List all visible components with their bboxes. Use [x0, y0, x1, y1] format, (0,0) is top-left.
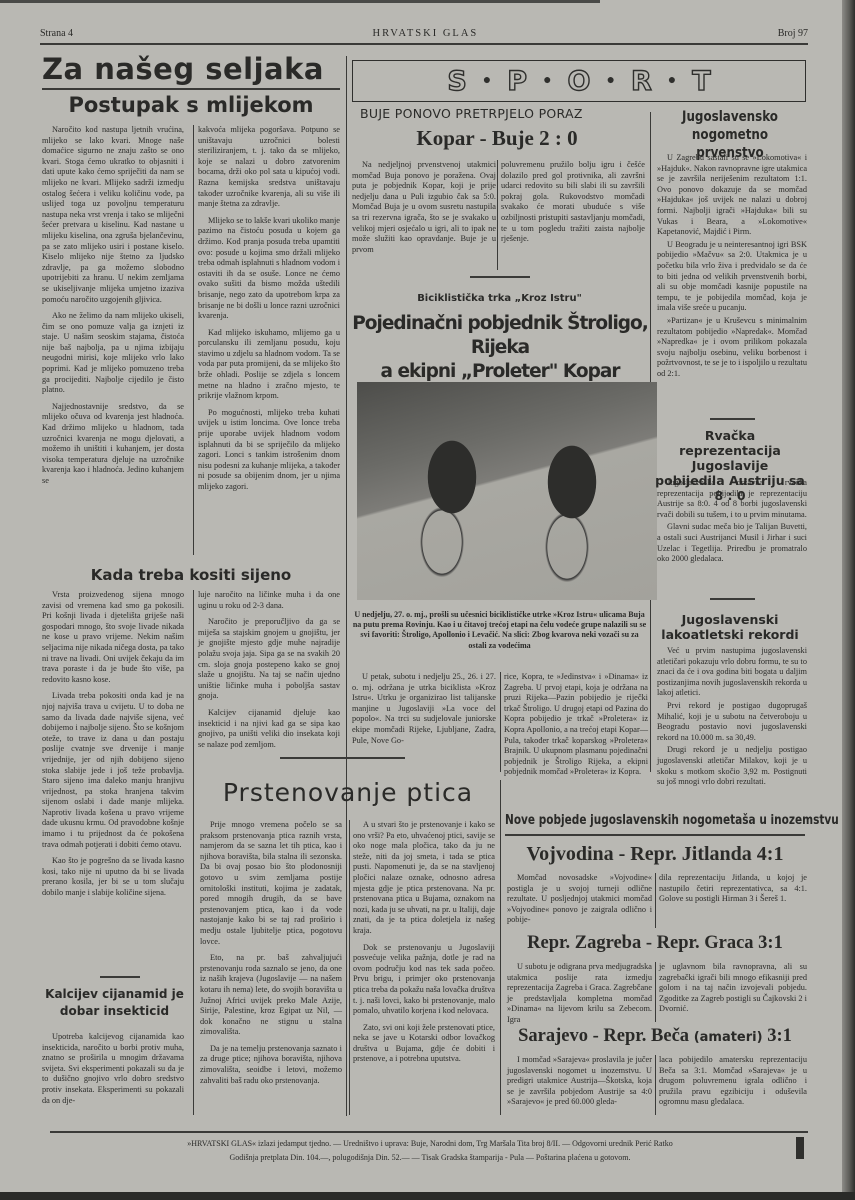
article-headline: Jugoslavenski lakoatletski rekordi: [655, 612, 805, 642]
paragraph: kakvoća mlijeka pogoršava. Potpuno se un…: [198, 125, 340, 210]
headline-line: Jugoslavensko: [666, 108, 794, 126]
bullet-icon: ●: [483, 73, 491, 89]
paragraph: Kao što je pogrešno da se livada kasno k…: [42, 856, 184, 898]
article-kicker: BUJE PONOVO PRETRPJELO PORAZ: [360, 106, 650, 121]
article-headline: Sarajevo - Repr. Beča (amateri) 3:1: [505, 1026, 805, 1047]
newspaper-title: HRVATSKI GLAS: [372, 28, 478, 39]
paragraph: rice, Kopra, te »Jedinstva« i »Dinama« i…: [504, 672, 648, 778]
paragraph: luje naročito na ličinke muha i da one u…: [198, 590, 340, 611]
paragraph: Upotreba kalcijevog cijanamida kao insek…: [42, 1032, 184, 1106]
paragraph: Najjednostavnije sredstvo, da se mlijeko…: [42, 402, 184, 487]
column-divider: [193, 125, 194, 555]
paragraph: Naročito kod nastupa ljetnih vrućina, ml…: [42, 125, 184, 305]
paragraph: Po mogućnosti, mlijeko treba kuhati uvij…: [198, 408, 340, 493]
headline-line: Pojedinačni pobjednik Štroligo, Rijeka: [346, 312, 654, 360]
headline-score: 3:1: [767, 1026, 792, 1046]
article-column: I momčad »Sarajeva« proslavila je jučer …: [507, 1055, 652, 1114]
paragraph: Jugoslavenska državna rvačka reprezentac…: [657, 478, 807, 520]
paragraph: Livada treba pokositi onda kad je na njo…: [42, 691, 184, 850]
article-headline: Kopar - Buje 2 : 0: [352, 126, 642, 151]
article-headline: Pojedinačni pobjednik Štroligo, Rijeka a…: [346, 312, 654, 384]
sport-banner: S ● P ● O ● R ● T: [352, 60, 806, 102]
paragraph: Mlijeko se to lakše kvari ukoliko manje …: [198, 216, 340, 322]
separator: [710, 418, 755, 420]
article-column: Već u prvim nastupima jugoslavenski atle…: [657, 646, 807, 794]
paragraph: U Beogradu je u neinteresantnoj igri BSK…: [657, 240, 807, 314]
masthead: Strana 4 HRVATSKI GLAS Broj 97: [40, 28, 808, 39]
article-column: Upotreba kalcijevog cijanamida kao insek…: [42, 1032, 184, 1112]
article-column: je uglavnom bila ravnopravna, ali su zag…: [659, 962, 807, 1021]
paragraph: U petak, subotu i nedjelju 25., 26. i 27…: [352, 672, 496, 746]
article-column: Naročito kod nastupa ljetnih vrućina, ml…: [42, 125, 184, 493]
paragraph: Momčad novosadske »Vojvodine« postigla j…: [507, 873, 652, 926]
column-divider: [655, 873, 656, 928]
section-rule: [505, 834, 805, 836]
paragraph: laca pobijedilo amatersku reprezentaciju…: [659, 1055, 807, 1108]
article-column: Jugoslavenska državna rvačka reprezentac…: [657, 478, 807, 571]
section-title-rule: [42, 88, 340, 90]
paragraph: dila reprezentaciju Jitlanda, u kojoj je…: [659, 873, 807, 905]
paragraph: Da je na temelju prstenovanja saznato i …: [200, 1044, 342, 1086]
article-column: U subotu je odigrana prva medjugradska u…: [507, 962, 652, 1032]
banner-letter: R: [631, 66, 652, 97]
imprint-line: Godišnja pretplata Din. 104.—, polugodiš…: [60, 1151, 800, 1165]
headline-note: (amateri): [694, 1030, 763, 1045]
paragraph: Zato, svi oni koji žele prstenovati ptic…: [353, 1023, 495, 1065]
article-headline: Repr. Zagreba - Repr. Graca 3:1: [505, 933, 805, 954]
paragraph: Dok se prstenovanju u Jugoslaviji posveć…: [353, 943, 495, 1017]
bullet-icon: ●: [606, 73, 614, 89]
bullet-icon: ●: [543, 73, 551, 89]
column-divider: [349, 820, 350, 1115]
article-column: laca pobijedilo amatersku reprezentaciju…: [659, 1055, 807, 1114]
paragraph: Prije mnogo vremena počelo se sa praksom…: [200, 820, 342, 947]
article-headline: Kada treba kositi sijeno: [42, 566, 340, 584]
separator: [100, 976, 140, 978]
masthead-rule: [40, 43, 808, 45]
column-divider: [346, 56, 347, 1116]
paragraph: Ako ne želimo da nam mlijeko ukiseli, či…: [42, 311, 184, 396]
paragraph: Glavni sudac meča bio je Talijan Buvetti…: [657, 522, 807, 564]
article-column: Vrsta proizvedenog sijena mnogo zavisi o…: [42, 590, 184, 905]
section-title: Nove pobjede jugoslavenskih nogometaša u…: [505, 812, 739, 828]
column-divider: [497, 160, 498, 270]
page-edge: [842, 0, 855, 1200]
separator: [710, 598, 755, 600]
paragraph: Vrsta proizvedenog sijena mnogo zavisi o…: [42, 590, 184, 685]
column-divider: [500, 780, 501, 1115]
article-column: poluvremenu pružilo bolju igru i češće d…: [501, 160, 645, 251]
headline-text: Sarajevo - Repr. Beča: [518, 1026, 689, 1046]
article-column: Momčad novosadske »Vojvodine« postigla j…: [507, 873, 652, 932]
column-divider: [655, 1055, 656, 1115]
paragraph: Eto, na pr. baš zahvaljujući prstenovanj…: [200, 953, 342, 1038]
paragraph: Kad mlijeko iskuhamo, mlijemo ga u porcu…: [198, 328, 340, 402]
article-column: kakvoća mlijeka pogoršava. Potpuno se un…: [198, 125, 340, 499]
separator: [280, 757, 405, 759]
bullet-icon: ●: [668, 73, 676, 89]
paragraph: »Partizan« je u Kruševcu s minimalnim re…: [657, 316, 807, 380]
banner-letter: P: [507, 66, 527, 97]
article-column: U petak, subotu i nedjelju 25., 26. i 27…: [352, 672, 496, 752]
column-divider: [193, 590, 194, 1115]
article-kicker: Biciklistička trka „Kroz Istru": [352, 293, 647, 304]
cyclists-photo: [357, 382, 657, 600]
article-column: luje naročito na ličinke muha i da one u…: [198, 590, 340, 756]
footer-rule: [50, 1131, 808, 1133]
photo-caption: U nedjelju, 27. o. mj., prošli su učesni…: [352, 610, 647, 651]
banner-letter: T: [692, 66, 710, 97]
newspaper-page: Strana 4 HRVATSKI GLAS Broj 97 Za našeg …: [0, 0, 842, 1192]
article-column: rice, Kopra, te »Jedinstva« i »Dinama« i…: [504, 672, 648, 784]
article-headline: Prstenovanje ptica: [198, 778, 498, 807]
article-headline: Vojvodina - Repr. Jitlanda 4:1: [505, 843, 805, 866]
imprint: »HRVATSKI GLAS« izlazi jedamput tjedno. …: [60, 1137, 800, 1165]
article-column: U Zagrebu sastali su se »Lokomotiva« i »…: [657, 153, 807, 385]
paragraph: je uglavnom bila ravnopravna, ali su zag…: [659, 962, 807, 1015]
article-headline: Kalcijev cijanamid je dobar insekticid: [42, 986, 187, 1020]
separator: [470, 276, 530, 278]
section-title: Za našeg seljaka: [42, 52, 342, 86]
issue-number: Broj 97: [778, 28, 808, 39]
paragraph: U subotu je odigrana prva medjugradska u…: [507, 962, 652, 1026]
paragraph: Drugi rekord je u nedjelju postigao jugo…: [657, 745, 807, 787]
article-column: Na nedjeljnoj prvenstvenoj utakmici momč…: [352, 160, 496, 261]
page-number: Strana 4: [40, 28, 73, 39]
article-headline: Postupak s mlijekom: [42, 93, 340, 117]
paragraph: poluvremenu pružilo bolju igru i češće d…: [501, 160, 645, 245]
paragraph: Naročito je preporučljivo da ga se miješ…: [198, 617, 340, 702]
scan-edge: [0, 0, 600, 3]
banner-letter: O: [568, 66, 591, 97]
printer-mark: [796, 1137, 804, 1159]
paragraph: Već u prvim nastupima jugoslavenski atle…: [657, 646, 807, 699]
paragraph: I momčad »Sarajeva« proslavila je jučer …: [507, 1055, 652, 1108]
banner-letter: S: [447, 66, 466, 97]
paragraph: U Zagrebu sastali su se »Lokomotiva« i »…: [657, 153, 807, 238]
paragraph: Na nedjeljnoj prvenstvenoj utakmici momč…: [352, 160, 496, 255]
headline-line: a ekipni „Proleter" Kopar: [346, 360, 654, 384]
article-column: Prije mnogo vremena počelo se sa praksom…: [200, 820, 342, 1092]
imprint-line: »HRVATSKI GLAS« izlazi jedamput tjedno. …: [60, 1137, 800, 1151]
column-divider: [500, 672, 501, 772]
paragraph: A u stvari što je prstenovanje i kako se…: [353, 820, 495, 937]
scan-border: [0, 1192, 855, 1200]
article-column: dila reprezentaciju Jitlanda, u kojoj je…: [659, 873, 807, 911]
article-column: A u stvari što je prstenovanje i kako se…: [353, 820, 495, 1071]
paragraph: Kalcijev cijanamid djeluje kao insektici…: [198, 708, 340, 750]
column-divider: [655, 962, 656, 1022]
paragraph: Prvi rekord je postigao dugoprugaš Mihal…: [657, 701, 807, 743]
